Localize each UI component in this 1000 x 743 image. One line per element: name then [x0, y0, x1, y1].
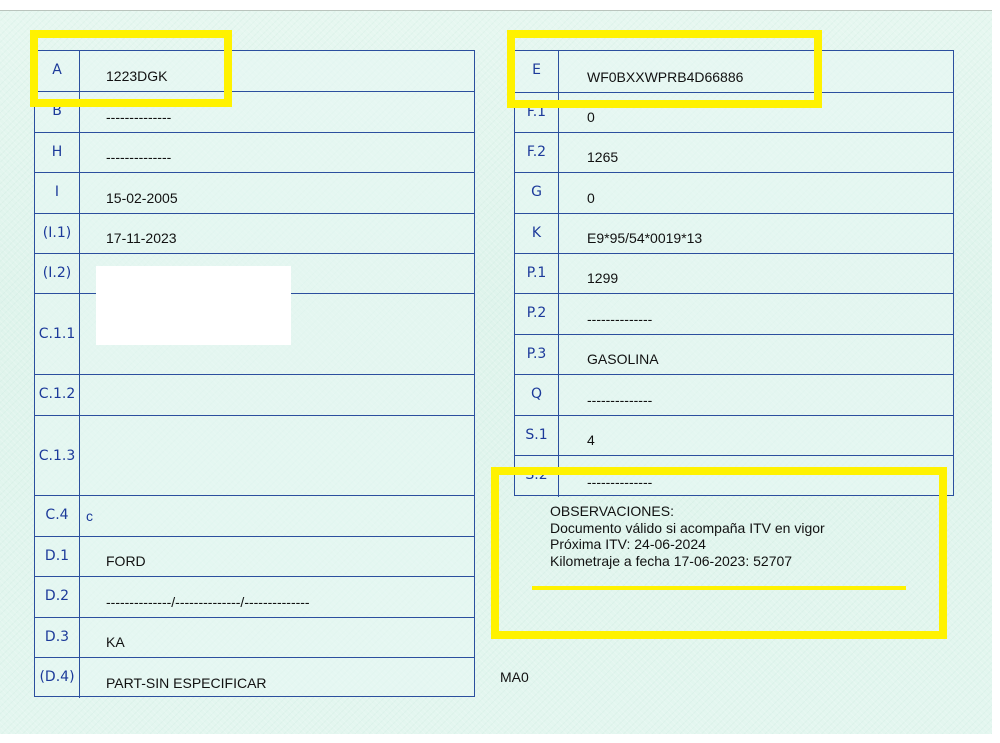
field-code: D.1	[35, 537, 80, 576]
field-value: PART-SIN ESPECIFICAR	[106, 658, 267, 698]
field-row: F.21265	[515, 132, 953, 172]
field-code: K	[515, 214, 559, 253]
field-code: D.2	[35, 577, 80, 617]
field-code: P.3	[515, 335, 559, 374]
field-code: P.1	[515, 254, 559, 293]
field-row: I15-02-2005	[35, 172, 474, 213]
right-fields-table: EWF0BXXWPRB4D66886F.10F.21265G0KE9*95/54…	[514, 50, 954, 496]
field-code: (I.1)	[35, 214, 80, 253]
field-value: 0	[587, 173, 595, 213]
field-value: --------------	[587, 375, 652, 415]
field-value: 17-11-2023	[106, 214, 177, 253]
footer-code: MA0	[500, 669, 529, 685]
field-code: Q	[515, 375, 559, 415]
field-code: S.1	[515, 416, 559, 455]
field-row: C.4c	[35, 495, 474, 536]
left-fields-table: A1223DGKB--------------H--------------I1…	[34, 50, 475, 697]
field-row: C.1.2	[35, 374, 474, 415]
field-value: FORD	[106, 537, 146, 576]
field-row: D.2--------------/--------------/-------…	[35, 576, 474, 617]
field-code: D.3	[35, 618, 80, 657]
field-row: KE9*95/54*0019*13	[515, 213, 953, 253]
field-code: H	[35, 133, 80, 172]
field-code: (D.4)	[35, 658, 80, 698]
field-value: c	[86, 496, 93, 536]
field-value: GASOLINA	[587, 335, 659, 374]
field-value: 15-02-2005	[106, 173, 178, 213]
field-code: C.1.2	[35, 375, 80, 415]
field-value: --------------	[587, 294, 652, 334]
highlight-box-vin	[507, 30, 822, 108]
field-row: (D.4)PART-SIN ESPECIFICAR	[35, 657, 474, 698]
field-row: S.14	[515, 415, 953, 455]
field-row: D.1FORD	[35, 536, 474, 576]
field-value: 1265	[587, 133, 618, 172]
field-value: 4	[587, 416, 595, 455]
field-row: G0	[515, 172, 953, 213]
field-value: --------------/--------------/----------…	[106, 577, 310, 617]
field-code: C.1.3	[35, 416, 80, 495]
field-value: --------------	[106, 133, 171, 172]
field-row: D.3KA	[35, 617, 474, 657]
field-value: 1299	[587, 254, 618, 293]
field-row: P.3GASOLINA	[515, 334, 953, 374]
highlight-box-observations	[491, 467, 947, 639]
field-row: P.11299	[515, 253, 953, 293]
field-code: C.1.1	[35, 294, 80, 374]
field-row: (I.1)17-11-2023	[35, 213, 474, 253]
field-row: C.1.3	[35, 415, 474, 495]
highlight-underline	[532, 586, 906, 590]
highlight-box-plate	[30, 30, 232, 107]
field-row: H--------------	[35, 132, 474, 172]
field-row: Q--------------	[515, 374, 953, 415]
field-code: P.2	[515, 294, 559, 334]
field-code: (I.2)	[35, 254, 80, 293]
field-code: I	[35, 173, 80, 213]
field-code: C.4	[35, 496, 80, 536]
field-value: KA	[106, 618, 125, 657]
field-code: G	[515, 173, 559, 213]
field-code: F.2	[515, 133, 559, 172]
field-row: P.2--------------	[515, 293, 953, 334]
redacted-area	[96, 266, 291, 345]
field-value: E9*95/54*0019*13	[587, 214, 702, 253]
